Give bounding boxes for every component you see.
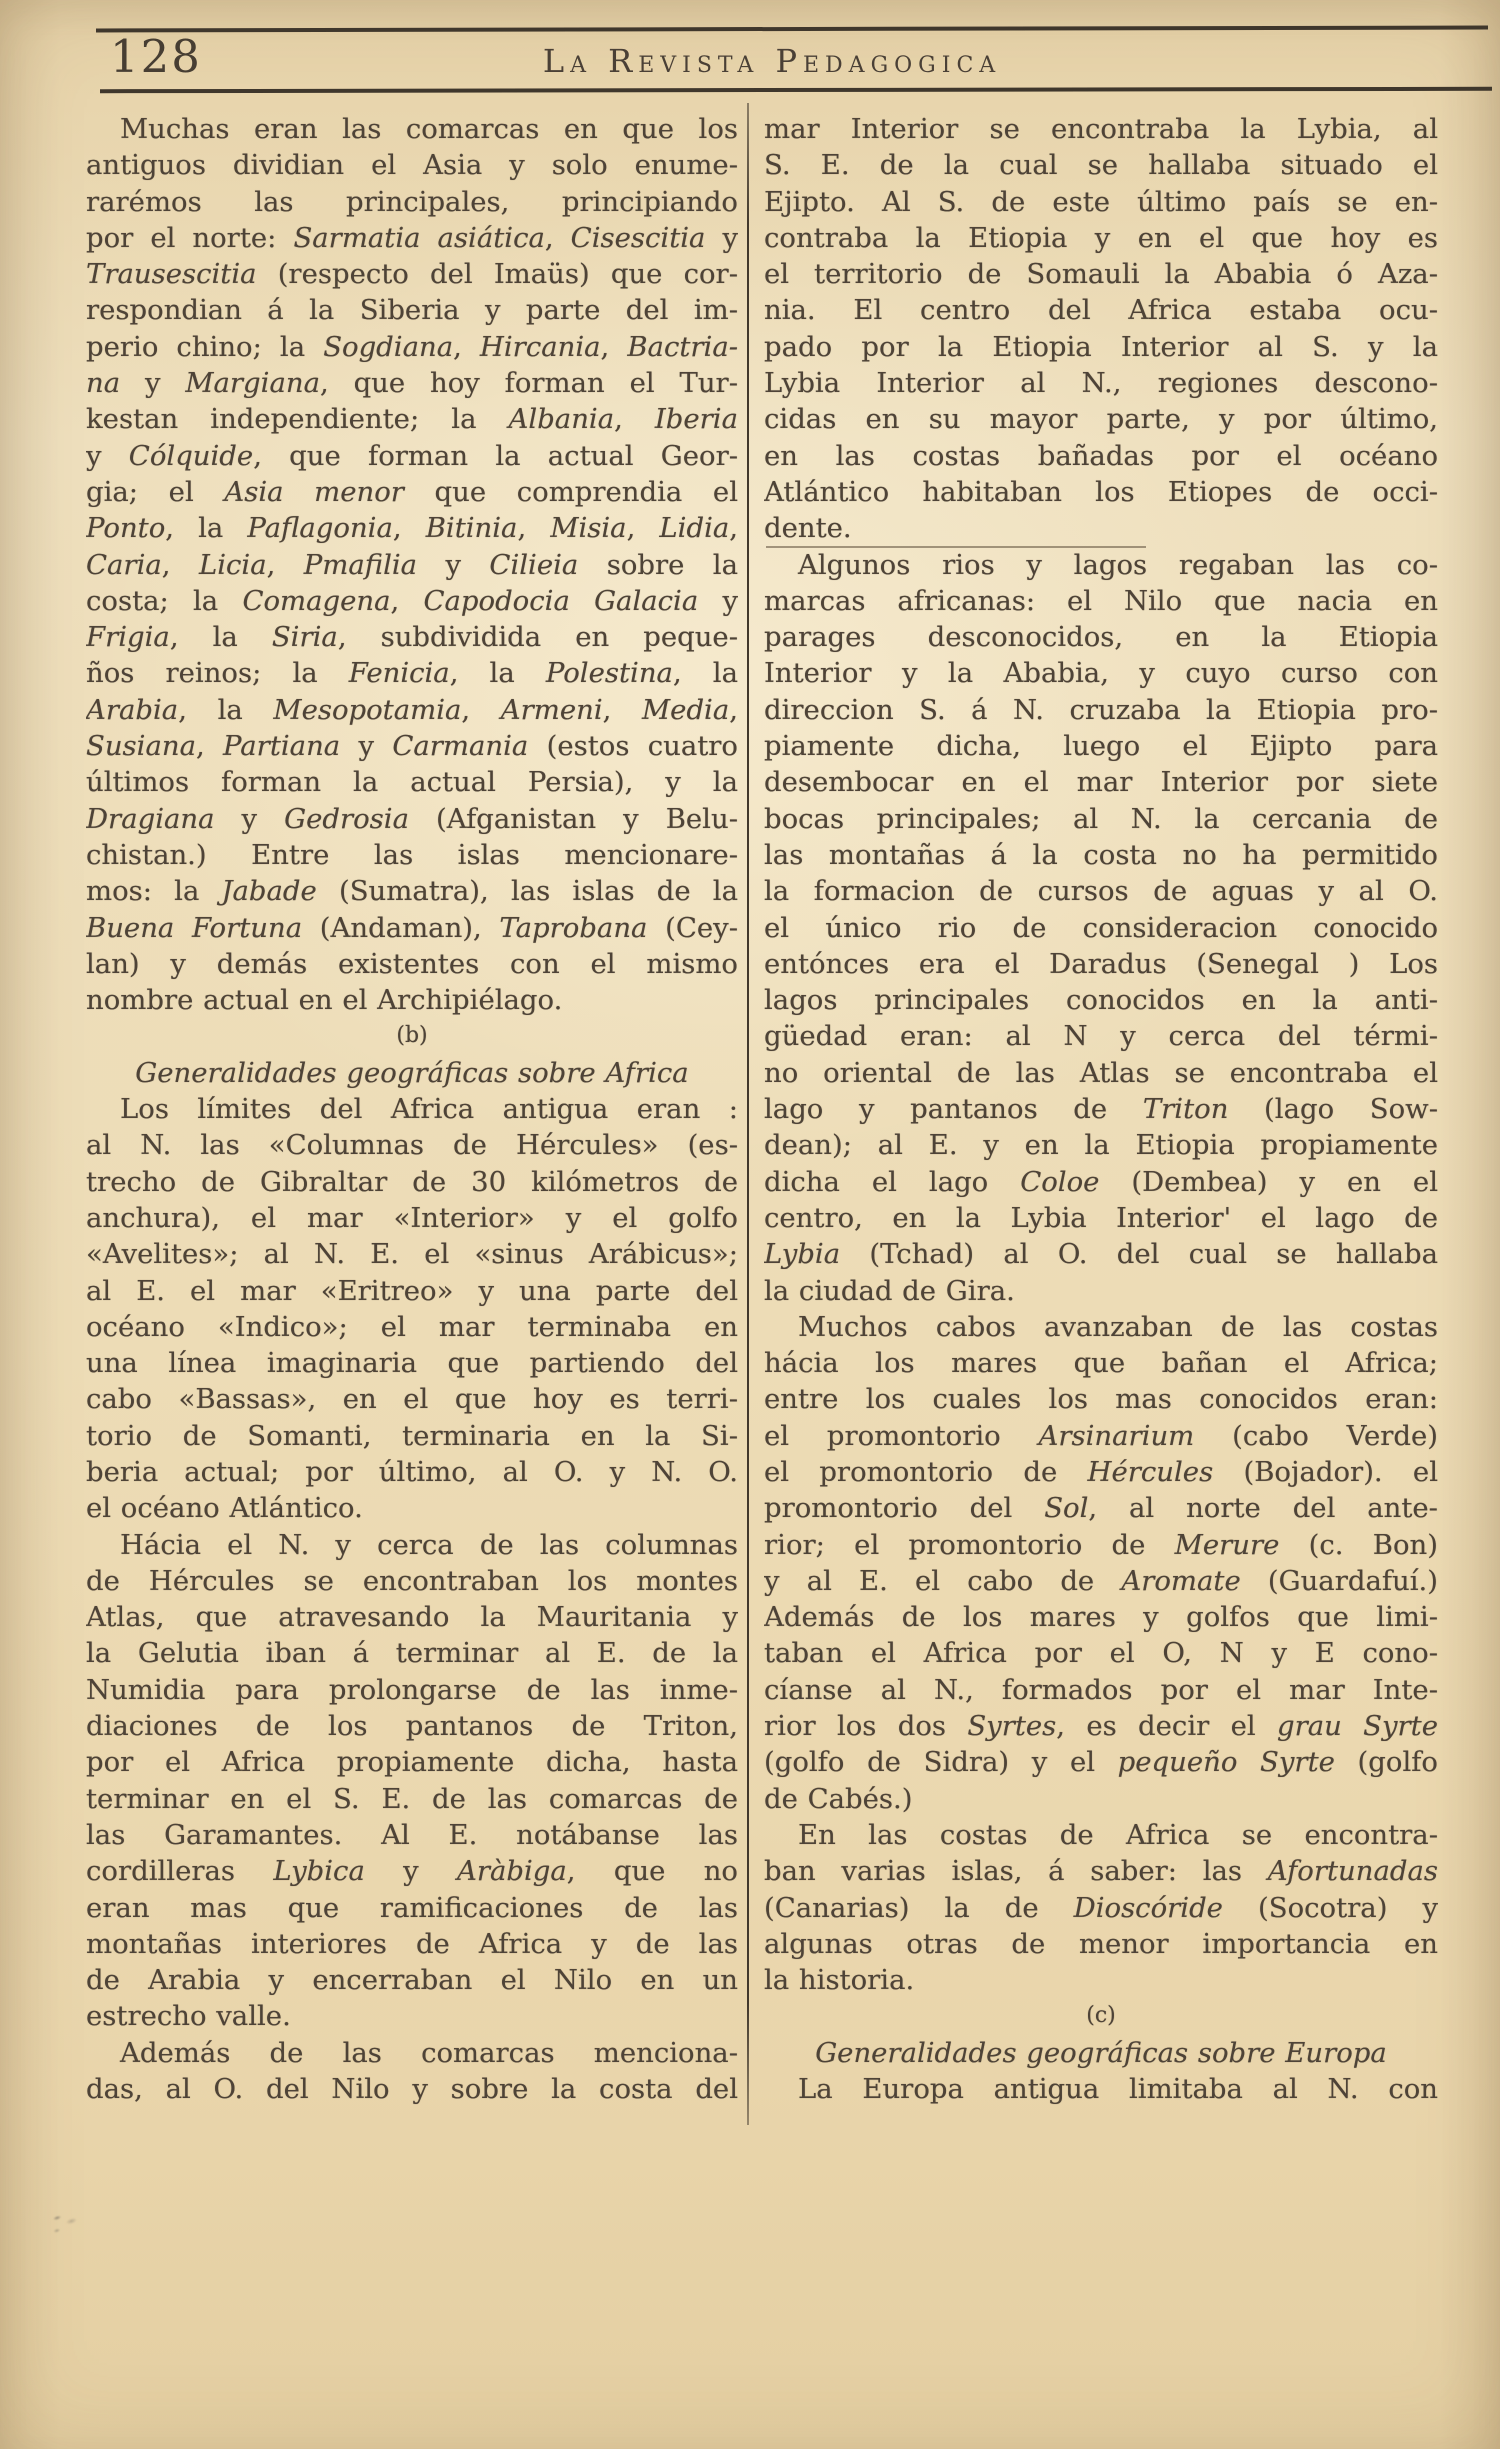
text-line: dicha el lago Coloe (Dembea) y en el [764,1164,1438,1200]
italic-place-name: Taprobana [499,912,647,944]
text-line: Susiana, Partiana y Carmania (estos cuat… [86,728,738,764]
right-text-column: mar Interior se encontraba la Lybia, alS… [764,111,1438,2107]
body-text: el océano Atlántico. [86,1492,363,1524]
body-text: cordilleras [86,1855,273,1887]
italic-place-name: Albania [509,403,615,435]
text-line: cabo «Bassas», en el que hoy es terri- [86,1381,738,1417]
text-line: dean); al E. y en la Etiopia propiamente [764,1127,1438,1163]
italic-place-name: Generalidades geográficas sobre Europa [815,2037,1387,2069]
body-text: , [517,512,550,544]
text-line: estrecho valle. [86,1998,738,2034]
text-line: las montañas á la costa no ha permitido [764,837,1438,873]
body-text: rarémos las principales, principiando [86,186,738,218]
text-line: la formacion de cursos de aguas y al O. [764,873,1438,909]
body-text: Numidia para prolongarse de las inme- [86,1674,738,1706]
text-line: torio de Somanti, terminaria en la Si- [86,1418,738,1454]
text-line: por el Africa propiamente dicha, hasta [86,1744,738,1780]
text-line: Dragiana y Gedrosia (Afganistan y Belu- [86,801,738,837]
body-text: La Europa antigua limitaba al N. con [798,2073,1438,2105]
body-text: , la [165,512,247,544]
text-line: de Hércules se encontraban los montes [86,1563,738,1599]
body-text: Lybia Interior al N., regiones descono- [764,367,1438,399]
body-text: al E. el mar «Eritreo» y una parte del [86,1275,738,1307]
italic-place-name: Margiana [185,367,320,399]
italic-place-name: Sarmatia asiática [293,222,544,254]
text-line: ban varias islas, á saber: las Afortunad… [764,1853,1438,1889]
body-text: Los límites del Africa antigua eran : [120,1093,738,1125]
text-line: rarémos las principales, principiando [86,184,738,220]
body-text: rior los dos [764,1710,967,1742]
body-text: (c) [1086,2003,1116,2028]
text-line: La Europa antigua limitaba al N. con [764,2071,1438,2107]
text-line: al N. las «Columnas de Hércules» (es- [86,1127,738,1163]
body-text: mar Interior se encontraba la Lybia, al [764,113,1438,145]
text-line: hácia los mares que bañan el Africa; [764,1345,1438,1381]
text-line: Lybia Interior al N., regiones descono- [764,365,1438,401]
body-text: Atlas, que atravesando la Mauritania y [86,1601,738,1633]
body-text: (Andaman), [302,912,499,944]
body-text: la formacion de cursos de aguas y al O. [764,875,1438,907]
italic-place-name: Polestina [546,657,673,689]
body-text: centro, en la Lybia Interior' el lago de [764,1202,1438,1234]
body-text: , al norte del ante- [1088,1492,1438,1524]
body-text: promontorio del [764,1492,1044,1524]
body-text: direccion S. á N. cruzaba la Etiopia pro… [764,694,1438,726]
italic-place-name: Susiana [86,730,196,762]
text-line: direccion S. á N. cruzaba la Etiopia pro… [764,692,1438,728]
italic-place-name: grau Syrte [1277,1710,1438,1742]
body-text: Hácia el N. y cerca de las columnas [120,1529,738,1561]
italic-place-name: Lybica [273,1855,365,1887]
text-line: al E. el mar «Eritreo» y una parte del [86,1273,738,1309]
text-line: «Avelites»; al N. E. el «sinus Arábicus»… [86,1236,738,1272]
text-line: respondian á la Siberia y parte del im- [86,292,738,328]
body-text: , [267,549,304,581]
italic-place-name: Iberia [655,403,738,435]
body-text: parages desconocidos, en la Etiopia [764,621,1438,653]
text-line: anchura), el mar «Interior» y el golfo [86,1200,738,1236]
text-line: perio chino; la Sogdiana, Hircania, Bact… [86,329,738,365]
body-text: (Sumatra), las islas de la [317,875,738,907]
body-text: , [729,512,738,544]
italic-place-name: Armeni [501,694,603,726]
text-line: Ejipto. Al S. de este último país se en- [764,184,1438,220]
body-text: , la [450,657,546,689]
body-text: «Avelites»; al N. E. el «sinus Arábicus»… [86,1238,738,1270]
italic-place-name: Dioscóride [1074,1892,1223,1924]
text-line: Buena Fortuna (Andaman), Taprobana (Cey- [86,910,738,946]
body-text: respondian á la Siberia y parte del im- [86,294,738,326]
text-line: las Garamantes. Al E. notábanse las [86,1817,738,1853]
italic-place-name: Generalidades geográficas sobre Africa [135,1057,688,1089]
body-text: de Arabia y encerraban el Nilo en un [86,1964,738,1996]
italic-place-name: Cisescitia [571,222,706,254]
text-line: rior los dos Syrtes, es decir el grau Sy… [764,1708,1438,1744]
text-line: Atlántico habitaban los Etiopes de occi- [764,474,1438,510]
italic-place-name: Buena Fortuna [86,912,302,944]
italic-place-name: Arabia [86,694,178,726]
italic-place-name: Frigia [86,621,170,653]
italic-place-name: Galacia [594,585,698,617]
text-line: y al E. el cabo de Aromate (Guardafuí.) [764,1563,1438,1599]
body-text: y [215,803,285,835]
body-text: lagos principales conocidos en la anti- [764,984,1438,1016]
text-line: parages desconocidos, en la Etiopia [764,619,1438,655]
body-text: , la [178,694,273,726]
body-text: de Hércules se encontraban los montes [86,1565,738,1597]
text-line: cordilleras Lybica y Aràbiga, que no [86,1853,738,1889]
text-line: el territorio de Somauli la Ababia ó Aza… [764,256,1438,292]
body-text: montañas interiores de Africa y de las [86,1928,738,1960]
body-text: al N. las «Columnas de Hércules» (es- [86,1129,738,1161]
text-line: S. E. de la cual se hallaba situado el [764,147,1438,183]
italic-place-name: Fenicia [349,657,450,689]
text-line: en las costas bañadas por el océano [764,438,1438,474]
body-text: (Bojador). el [1213,1456,1438,1488]
body-text: (lago Sow- [1228,1093,1438,1125]
body-text: y [120,367,185,399]
italic-place-name: Gedrosia [284,803,409,835]
text-line: terminar en el S. E. de las comarcas de [86,1781,738,1817]
text-line: marcas africanas: el Nilo que nacia en [764,583,1438,619]
body-text: ban varias islas, á saber: las [764,1855,1268,1887]
body-text: en las costas bañadas por el océano [764,440,1438,472]
text-line: cíanse al N., formados por el mar Inte- [764,1672,1438,1708]
body-text: beria actual; por último, al O. y N. O. [86,1456,738,1488]
body-text: S. E. de la cual se hallaba situado el [764,149,1438,181]
text-line: promontorio del Sol, al norte del ante- [764,1490,1438,1526]
body-text: (estos cuatro [528,730,738,762]
text-line: (c) [764,1998,1438,2034]
body-text: chistan.) Entre las islas mencionare- [86,839,738,871]
body-text: Atlántico habitaban los Etiopes de occi- [764,476,1438,508]
text-line: montañas interiores de Africa y de las [86,1926,738,1962]
body-text: , [461,694,500,726]
body-text: Ejipto. Al S. de este último país se en- [764,186,1438,218]
body-text: (Cey- [647,912,738,944]
text-line: el único rio de consideracion conocido [764,910,1438,946]
text-line: Los límites del Africa antigua eran : [86,1091,738,1127]
body-text: la ciudad de Gira. [764,1275,1015,1307]
body-text: lan) y demás existentes con el mismo [86,948,738,980]
body-text: el único rio de consideracion conocido [764,912,1438,944]
text-line: Además de las comarcas menciona- [86,2035,738,2071]
text-line: desembocar en el mar Interior por siete [764,764,1438,800]
italic-place-name: Carmania [392,730,528,762]
italic-place-name: Lidia [659,512,729,544]
italic-place-name: Comagena [242,585,390,617]
body-text: , la [170,621,272,653]
italic-place-name: Coloe [1020,1166,1099,1198]
body-text: , [391,585,424,617]
italic-place-name: Misia [550,512,626,544]
italic-place-name: pequeño Syrte [1118,1746,1335,1778]
text-line: gia; el Asia menor que comprendia el [86,474,738,510]
body-text: , que hoy forman el Tur- [320,367,738,399]
body-text: el territorio de Somauli la Ababia ó Aza… [764,258,1438,290]
body-text: entónces era el Daradus (Senegal ) Los [764,948,1438,980]
body-text: eran mas que ramificaciones de las [86,1892,738,1924]
italic-place-name: Pmafilia [304,549,417,581]
text-line: nia. El centro del Africa estaba ocu- [764,292,1438,328]
body-text: marcas africanas: el Nilo que nacia en [764,585,1438,617]
body-text: , [162,549,199,581]
body-text: , [729,694,738,726]
body-text: (Canarias) la de [764,1892,1074,1924]
text-line: cidas en su mayor parte, y por último, [764,401,1438,437]
body-text: , que forman la actual Geor- [253,440,738,472]
italic-place-name: Media [642,694,729,726]
italic-place-name: Capodocia [423,585,569,617]
header-rule-top [96,26,1488,33]
body-text: das, al O. del Nilo y sobre la costa del [86,2073,738,2105]
text-line: Generalidades geográficas sobre Africa [86,1055,738,1091]
body-text: (Afganistan y Belu- [409,803,738,835]
journal-title: La Revista Pedagogica [22,42,1500,80]
pencil-mark [42,2200,91,2242]
body-text: el promontorio de [764,1456,1088,1488]
text-line: la ciudad de Gira. [764,1273,1438,1309]
body-text: , es decir el [1056,1710,1277,1742]
text-line: Arabia, la Mesopotamia, Armeni, Media, [86,692,738,728]
italic-place-name: Hércules [1088,1456,1214,1488]
italic-place-name: Afortunadas [1268,1855,1438,1887]
text-line: entónces era el Daradus (Senegal ) Los [764,946,1438,982]
body-text: bocas principales; al N. la cercania de [764,803,1438,835]
body-text: la Gelutia iban á terminar al E. de la [86,1637,738,1669]
body-text: Muchas eran las comarcas en que los [120,113,738,145]
body-text: pado por la Etiopia Interior al S. y la [764,331,1438,363]
text-line: Algunos rios y lagos regaban las co- [764,547,1438,583]
body-text: el promontorio [764,1420,1039,1452]
body-text: por el Africa propiamente dicha, hasta [86,1746,738,1778]
text-line: Hácia el N. y cerca de las columnas [86,1527,738,1563]
body-text: costa; la [86,585,242,617]
italic-place-name: Sol [1044,1492,1088,1524]
italic-place-name: Bitinia [426,512,518,544]
text-line: pado por la Etiopia Interior al S. y la [764,329,1438,365]
body-text: , [627,512,660,544]
body-text: torio de Somanti, terminaria en la Si- [86,1420,738,1452]
body-text: desembocar en el mar Interior por siete [764,766,1438,798]
text-line: mos: la Jabade (Sumatra), las islas de l… [86,873,738,909]
text-line: de Cabés.) [764,1781,1438,1817]
italic-place-name: Caria [86,549,162,581]
text-line: entre los cuales los mas conocidos eran: [764,1381,1438,1417]
body-text: y [340,730,392,762]
text-line: piamente dicha, luego el Ejipto para [764,728,1438,764]
text-line: contraba la Etiopia y en el que hoy es [764,220,1438,256]
left-text-column: Muchas eran las comarcas en que losantig… [86,111,738,2107]
body-text: y al E. el cabo de [764,1565,1121,1597]
text-line: lago y pantanos de Triton (lago Sow- [764,1091,1438,1127]
body-text: mos: la [86,875,222,907]
body-text: hácia los mares que bañan el Africa; [764,1347,1438,1379]
text-line: Caria, Licia, Pmafilia y Cilieia sobre l… [86,547,738,583]
body-text: , [453,331,480,363]
body-text: las montañas á la costa no ha permitido [764,839,1438,871]
text-line: el océano Atlántico. [86,1490,738,1526]
body-text: (Tchad) al O. del cual se hallaba [840,1238,1438,1270]
body-text: perio chino; la [86,331,323,363]
text-line: Lybia (Tchad) al O. del cual se hallaba [764,1236,1438,1272]
body-text: últimos forman la actual Persia), y la [86,766,738,798]
italic-place-name: Bactria- [627,331,738,363]
text-line: Atlas, que atravesando la Mauritania y [86,1599,738,1635]
body-text: de Cabés.) [764,1783,913,1815]
body-text: por el norte: [86,222,293,254]
italic-place-name: Syrtes [967,1710,1056,1742]
body-text: , [603,694,642,726]
body-text: taban el Africa por el O, N y E cono- [764,1637,1438,1669]
body-text [570,585,594,617]
text-line: lan) y demás existentes con el mismo [86,946,738,982]
italic-place-name: Paflagonia [247,512,392,544]
body-text: nia. El centro del Africa estaba ocu- [764,294,1438,326]
body-text: Muchos cabos avanzaban de las costas [798,1311,1438,1343]
header-rule-bottom [100,87,1492,93]
text-line: no oriental de las Atlas se encontraba e… [764,1055,1438,1091]
text-line: taban el Africa por el O, N y E cono- [764,1635,1438,1671]
text-line: y Cólquide, que forman la actual Geor- [86,438,738,474]
text-line: Muchas eran las comarcas en que los [86,111,738,147]
text-line: nombre actual en el Archipiélago. [86,982,738,1018]
text-line: una línea imaginaria que partiendo del [86,1345,738,1381]
italic-place-name: Licia [199,549,267,581]
text-line: de Arabia y encerraban el Nilo en un [86,1962,738,1998]
body-text: (b) [396,1023,427,1048]
body-text: dicha el lago [764,1166,1020,1198]
italic-place-name: na [86,367,120,399]
body-text: (Dembea) y en el [1099,1166,1438,1198]
text-line: das, al O. del Nilo y sobre la costa del [86,2071,738,2107]
body-text: océano «Indico»; el mar terminaba en [86,1311,738,1343]
body-text: que comprendia el [404,476,738,508]
text-line: eran mas que ramificaciones de las [86,1890,738,1926]
italic-place-name: Dragiana [86,803,215,835]
body-text: , [393,512,426,544]
text-line: Interior y la Ababia, y cuyo curso con [764,655,1438,691]
italic-place-name: Hircania [480,331,601,363]
italic-place-name: Mesopotamia [273,694,461,726]
body-text: , subdividida en peque- [338,621,738,653]
text-line: chistan.) Entre las islas mencionare- [86,837,738,873]
body-text: y [86,440,129,472]
text-line: En las costas de Africa se encontra- [764,1817,1438,1853]
body-text: , que no [567,1855,738,1887]
scanned-page: 128 La Revista Pedagogica Muchas eran la… [0,0,1500,2449]
body-text: dente. [764,512,852,544]
italic-place-name: Triton [1143,1093,1229,1125]
text-line: Generalidades geográficas sobre Europa [764,2035,1438,2071]
body-text: (golfo [1335,1746,1438,1778]
body-text: (cabo Verde) [1194,1420,1438,1452]
text-line: últimos forman la actual Persia), y la [86,764,738,800]
italic-place-name: Siria [272,621,338,653]
body-text: sobre la [578,549,738,581]
italic-place-name: Lybia [764,1238,840,1270]
body-text: no oriental de las Atlas se encontraba e… [764,1057,1438,1089]
body-text: Algunos rios y lagos regaban las co- [798,549,1438,581]
italic-place-name: Cilieia [489,549,578,581]
body-text: Además de los mares y golfos que limi- [764,1601,1438,1633]
italic-place-name: Aromate [1121,1565,1240,1597]
body-text: (respecto del Imaüs) que cor- [257,258,738,290]
body-text: entre los cuales los mas conocidos eran: [764,1383,1438,1415]
body-text: cíanse al N., formados por el mar Inte- [764,1674,1438,1706]
text-line: beria actual; por último, al O. y N. O. [86,1454,738,1490]
text-line: algunas otras de menor importancia en [764,1926,1438,1962]
body-text: antiguos dividian el Asia y solo enume- [86,149,738,181]
text-line: mar Interior se encontraba la Lybia, al [764,111,1438,147]
body-text: Además de las comarcas menciona- [120,2037,738,2069]
italic-place-name: Arsinarium [1039,1420,1195,1452]
body-text: cidas en su mayor parte, y por último, [764,403,1438,435]
text-line: Además de los mares y golfos que limi- [764,1599,1438,1635]
body-text: y [705,222,738,254]
italic-place-name: Asia menor [224,476,404,508]
text-line: Numidia para prolongarse de las inme- [86,1672,738,1708]
body-text: y [365,1855,457,1887]
text-line: el promontorio Arsinarium (cabo Verde) [764,1418,1438,1454]
text-line: bocas principales; al N. la cercania de [764,801,1438,837]
body-text: las Garamantes. Al E. notábanse las [86,1819,738,1851]
italic-place-name: Partiana [223,730,340,762]
text-line: la Gelutia iban á terminar al E. de la [86,1635,738,1671]
text-line: el promontorio de Hércules (Bojador). el [764,1454,1438,1490]
body-text: anchura), el mar «Interior» y el golfo [86,1202,738,1234]
text-line: güedad eran: al N y cerca del térmi- [764,1018,1438,1054]
text-line: Muchos cabos avanzaban de las costas [764,1309,1438,1345]
text-line: Frigia, la Siria, subdividida en peque- [86,619,738,655]
column-divider-rule [747,103,749,2125]
body-text: una línea imaginaria que partiendo del [86,1347,738,1379]
text-line: Ponto, la Paflagonia, Bitinia, Misia, Li… [86,510,738,546]
body-text: terminar en el S. E. de las comarcas de [86,1783,738,1815]
text-line: kestan independiente; la Albania, Iberia [86,401,738,437]
body-text: dean); al E. y en la Etiopia propiamente [764,1129,1438,1161]
text-line: (golfo de Sidra) y el pequeño Syrte (gol… [764,1744,1438,1780]
text-line: trecho de Gibraltar de 30 kilómetros de [86,1164,738,1200]
body-text: y [417,549,489,581]
text-line: rior; el promontorio de Merure (c. Bon) [764,1527,1438,1563]
body-text: , la [673,657,738,689]
text-line: (Canarias) la de Dioscóride (Socotra) y [764,1890,1438,1926]
body-text: , [196,730,223,762]
text-line: ños reinos; la Fenicia, la Polestina, la [86,655,738,691]
body-text: gia; el [86,476,224,508]
body-text: la historia. [764,1964,914,1996]
body-text: (golfo de Sidra) y el [764,1746,1118,1778]
body-text: (Guardafuí.) [1241,1565,1438,1597]
body-text: contraba la Etiopia y en el que hoy es [764,222,1438,254]
body-text: estrecho valle. [86,2000,291,2032]
body-text: piamente dicha, luego el Ejipto para [764,730,1438,762]
text-line: lagos principales conocidos en la anti- [764,982,1438,1018]
body-text: lago y pantanos de [764,1093,1143,1125]
body-text: kestan independiente; la [86,403,509,435]
body-text: trecho de Gibraltar de 30 kilómetros de [86,1166,738,1198]
body-text: nombre actual en el Archipiélago. [86,984,562,1016]
italic-place-name: Merure [1175,1529,1280,1561]
text-line: diaciones de los pantanos de Triton, [86,1708,738,1744]
body-text: ños reinos; la [86,657,349,689]
body-text: rior; el promontorio de [764,1529,1175,1561]
body-text: En las costas de Africa se encontra- [798,1819,1438,1851]
body-text: cabo «Bassas», en el que hoy es terri- [86,1383,738,1415]
text-line: antiguos dividian el Asia y solo enume- [86,147,738,183]
text-line: (b) [86,1018,738,1054]
